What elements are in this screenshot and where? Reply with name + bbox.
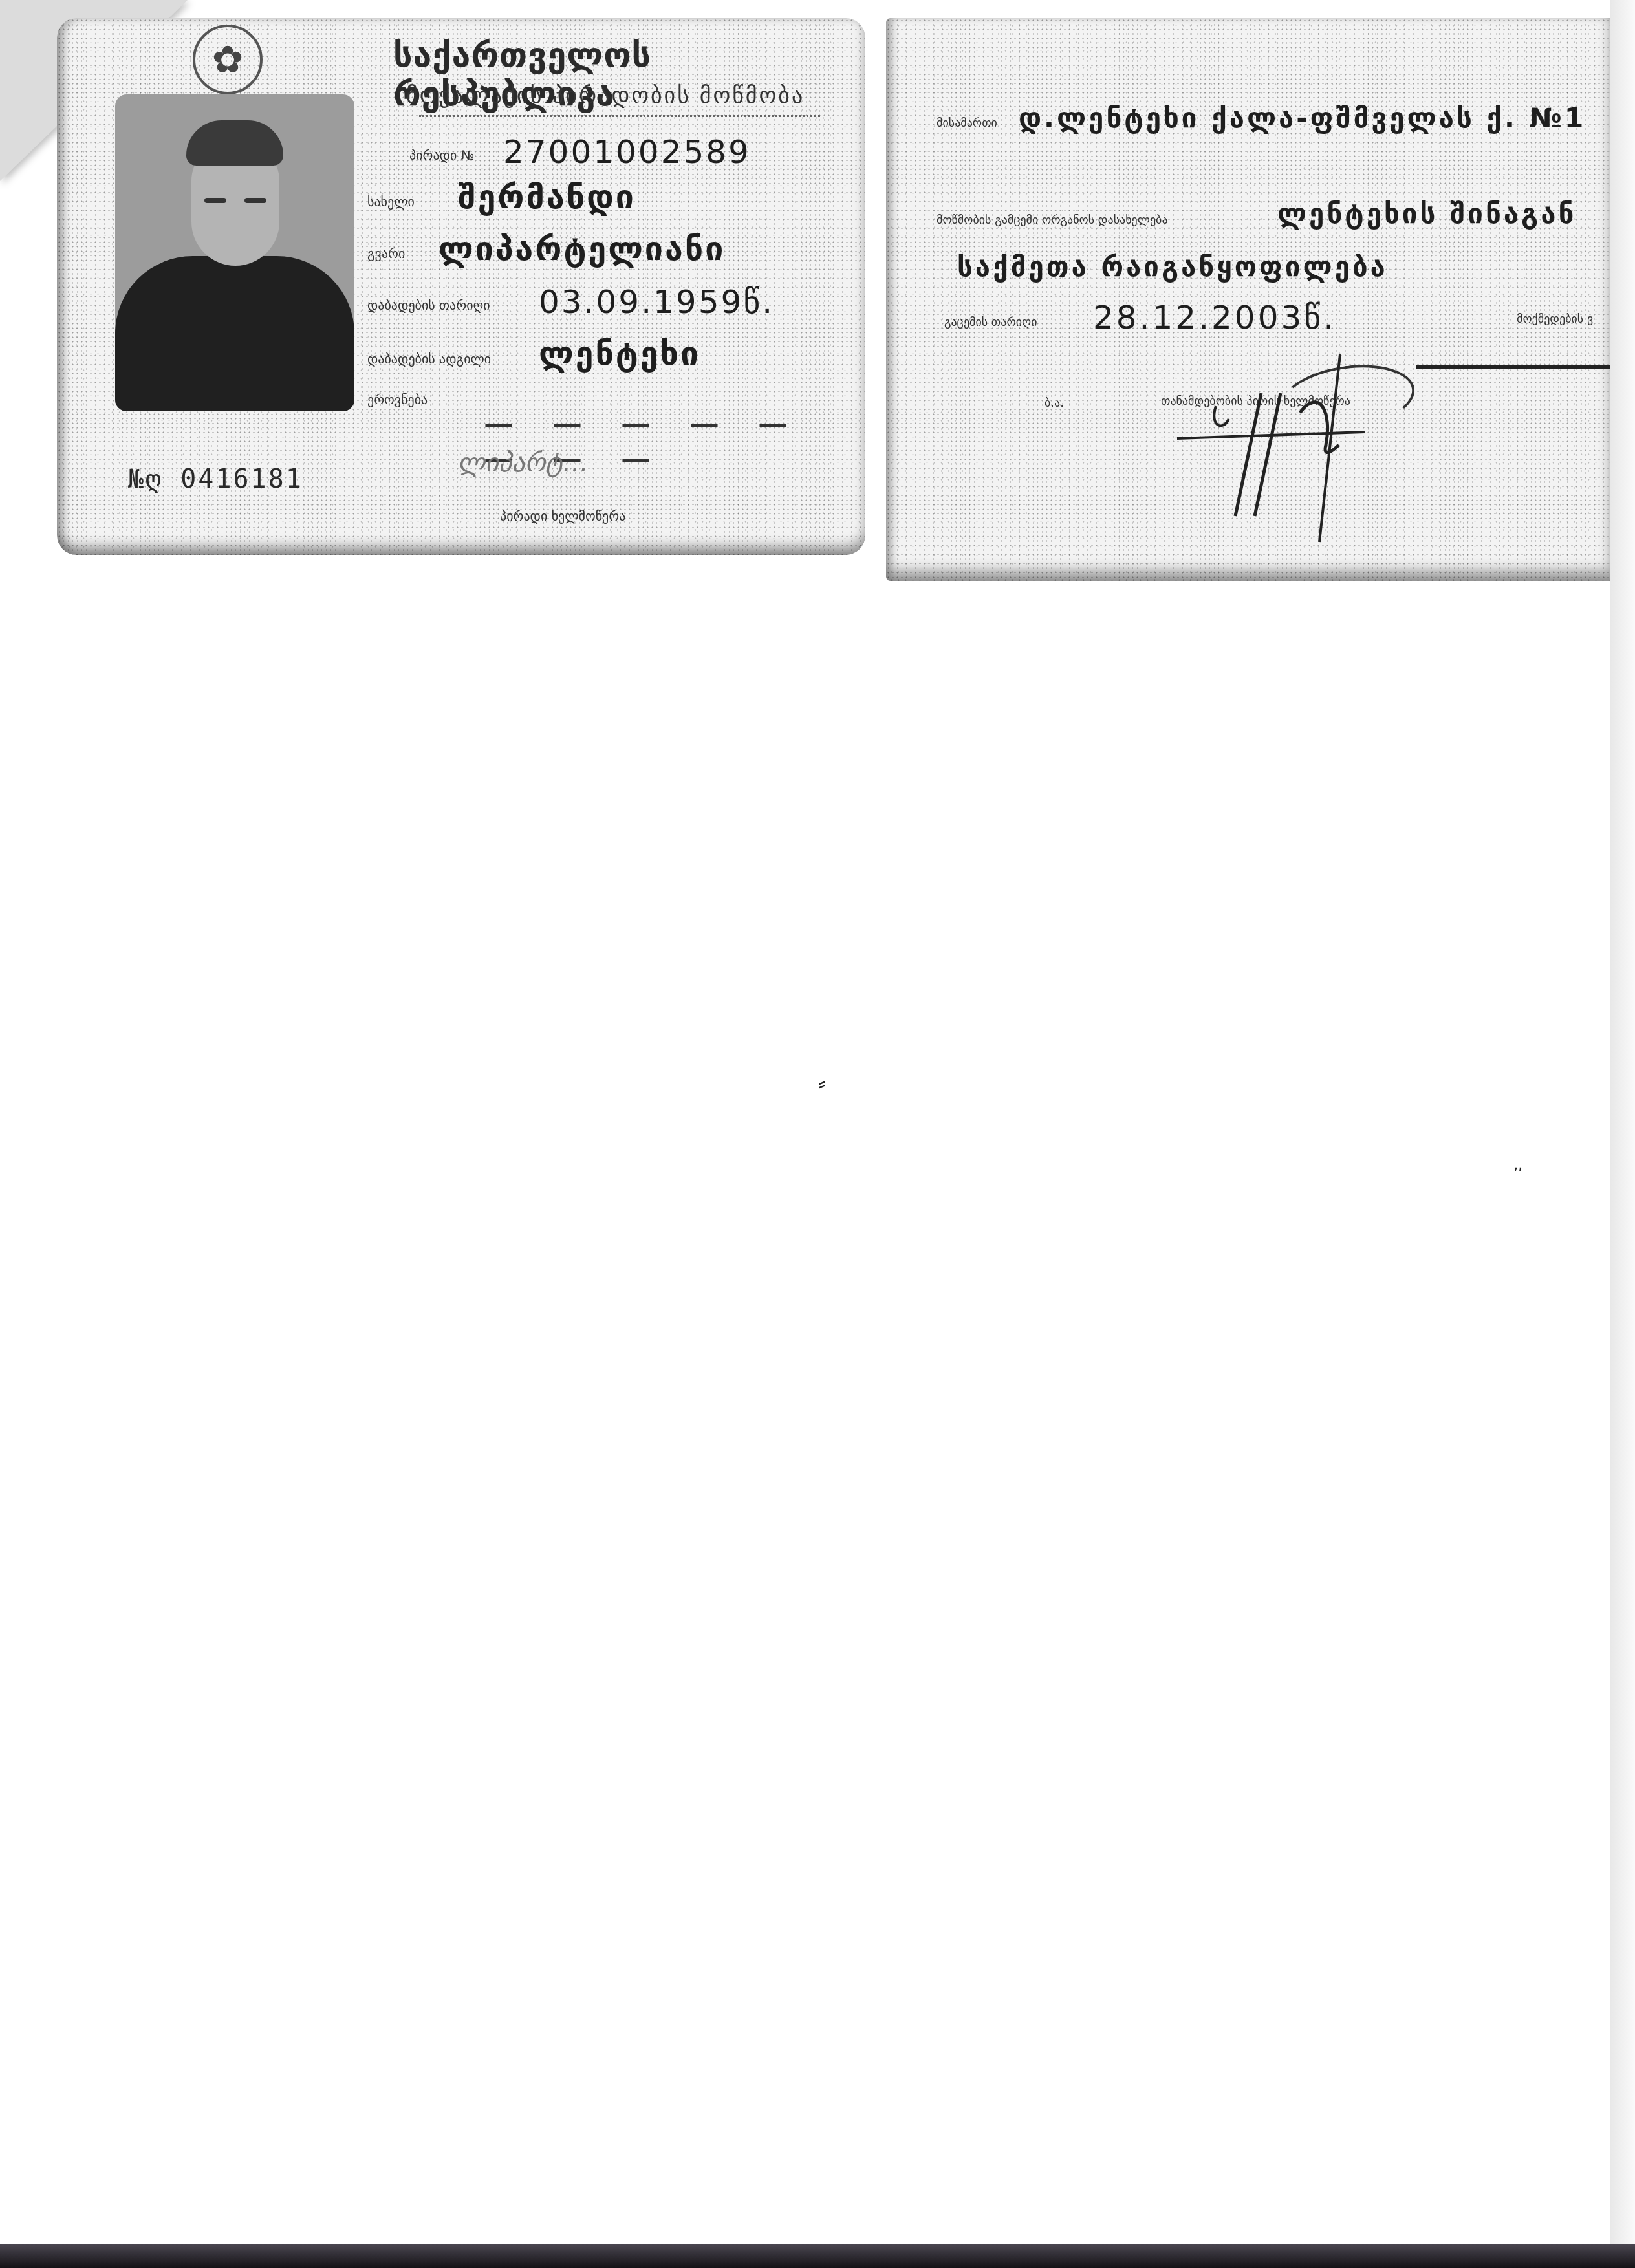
personal-number-value: 27001002589 [503,133,751,171]
surname-label: გვარი [367,246,405,261]
nationality-label: ეროვნება [367,392,428,407]
officer-signature [1171,354,1378,548]
personal-number-label: პირადი № [409,147,474,163]
validity-line [1416,365,1610,369]
surname-value: ლიპარტელიანი [439,230,725,268]
card-serial-number: №ღ 0416181 [128,464,303,494]
id-card-back: მისამართი დ.ლენტეხი ქალა-ფშმველას ქ. №1 … [886,18,1610,581]
issuer-value-line2: საქმეთა რაიგანყოფილება [957,251,1388,283]
scan-edge [0,2244,1635,2268]
issue-date-label: გაცემის თარიღი [944,316,1037,329]
birth-date-value: 03.09.1959წ. [539,283,774,321]
birth-date-label: დაბადების თარიღი [367,297,490,313]
address-value: დ.ლენტეხი ქალა-ფშმველას ქ. №1 [1019,102,1586,134]
georgia-coat-of-arms-icon: ✿ [193,25,263,94]
scanned-page: ✿ საქართველოს რესპუბლიკა მოქალაქის პირად… [0,0,1610,2244]
scan-artifact: ⸗ [818,1070,825,1096]
issue-date-value: 28.12.2003წ. [1093,299,1336,336]
scan-edge [1610,0,1635,2244]
address-label: მისამართი [937,116,997,130]
title-divider [419,115,820,118]
holder-signature: ლიპარტ… [458,448,589,478]
scan-artifact: ‚‚ [1513,1158,1522,1174]
birth-place-label: დაბადების ადგილი [367,351,491,367]
validity-label: მოქმედების ვ [1517,312,1593,326]
holder-photo [115,94,354,411]
issuer-label: მოწმობის გამცემი ორგანოს დასახელება [937,213,1168,227]
first-name-value: შერმანდი [458,178,636,216]
birth-place-value: ლენტეხი [539,335,700,373]
first-name-label: სახელი [367,194,415,210]
document-title: მოქალაქის პირადობის მოწმობა [406,83,805,109]
id-card-front: ✿ საქართველოს რესპუბლიკა მოქალაქის პირად… [57,18,865,555]
issuer-value-line1: ლენტეხის შინაგან [1277,198,1576,230]
holder-signature-label: პირადი ხელმოწერა [500,508,625,524]
stamp-place-label: ბ.ა. [1045,396,1064,410]
